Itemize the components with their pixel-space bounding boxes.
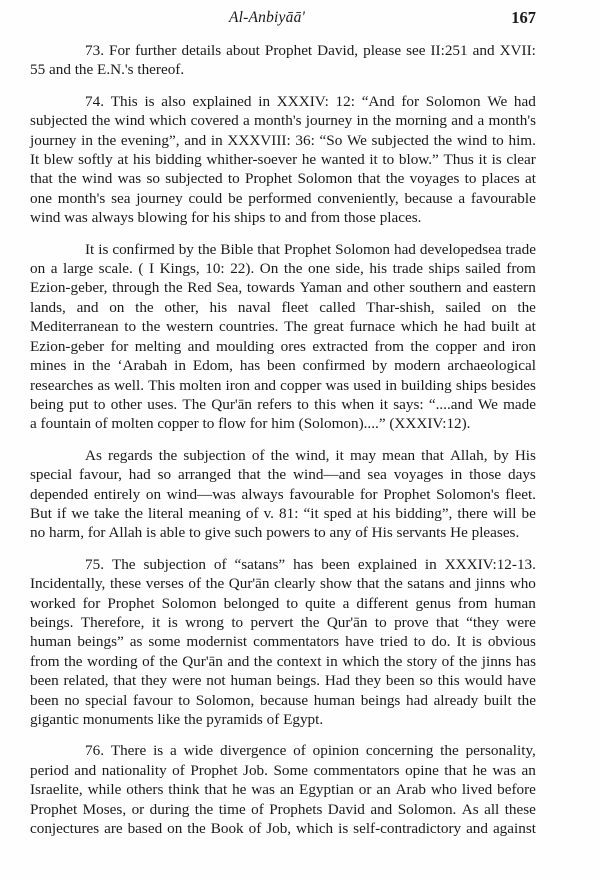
text-line: 76.Thereisawidedivergenceofopinionconcer… xyxy=(30,741,536,760)
text-line: Itblewsoftlyathisbiddingwhither-soeverhe… xyxy=(30,150,536,169)
text-line: no harm, for Allah is able to give such … xyxy=(30,523,536,542)
text-line: wind was always blowing for his ships to… xyxy=(30,208,536,227)
note-74-wind: Asregardsthesubjectionofthewind,itmaymea… xyxy=(30,446,536,543)
text-line: Israelite,whileothersthinkthathewasanEgy… xyxy=(30,780,536,799)
text-line: thatthewindwassosubjectedtoProphetSolomo… xyxy=(30,169,536,188)
text-line: humanbeings”assomemodernistcommentatorsh… xyxy=(30,632,536,651)
text-line: 75.Thesubjectionof“satans”hasbeenexplain… xyxy=(30,555,536,574)
text-line: conjecturesarebasedontheBookofJob,whichi… xyxy=(30,819,536,838)
text-line: beings.Therefore,itiswrongtoperverttheQu… xyxy=(30,613,536,632)
text-line: workedforProphetSolomonbelongedtoquitead… xyxy=(30,594,536,613)
note-74-bible: ItisconfirmedbytheBiblethatProphetSolomo… xyxy=(30,240,536,434)
text-line: specialfavour,hadsoarrangedthatthewind—a… xyxy=(30,465,536,484)
text-line: Butifwetaketheliteralmeaningofv.81:“itsp… xyxy=(30,504,536,523)
text-line: researchesaswell.Thismoltenironandcopper… xyxy=(30,376,536,395)
text-line: beenrelated,thattheywerenothumanbeings.H… xyxy=(30,671,536,690)
text-line: minesinthe‘ArabahinEdom,hasbeenconfirmed… xyxy=(30,356,536,375)
body-text: 73.ForfurtherdetailsaboutProphetDavid,pl… xyxy=(30,41,536,838)
chapter-title: Al-Anbiyāā' xyxy=(30,9,536,27)
text-line: periodandnationalityofProphetJob.Somecom… xyxy=(30,761,536,780)
text-line: a fountain of molten copper to flow for … xyxy=(30,414,536,433)
page-number: 167 xyxy=(511,8,536,28)
text-line: Asregardsthesubjectionofthewind,itmaymea… xyxy=(30,446,536,465)
text-line: journeyintheevening”,andinXXXVIII:36:“So… xyxy=(30,131,536,150)
text-line: Mediterraneantothewesterncountries.Thegr… xyxy=(30,317,536,336)
text-line: gigantic monuments like the pyramids of … xyxy=(30,710,536,729)
note-74: 74.ThisisalsoexplainedinXXXIV:12:“Andfor… xyxy=(30,92,536,228)
text-line: beingputtootheruses.TheQur'ānreferstothi… xyxy=(30,395,536,414)
note-75: 75.Thesubjectionof“satans”hasbeenexplain… xyxy=(30,555,536,730)
text-line: 74.ThisisalsoexplainedinXXXIV:12:“Andfor… xyxy=(30,92,536,111)
text-line: onalargescale.(IKings,10:22).Ontheonesid… xyxy=(30,259,536,278)
text-line: Incidentally,theseversesoftheQur'ānclear… xyxy=(30,574,536,593)
text-line: fromthewordingoftheQur'ānandthecontextin… xyxy=(30,652,536,671)
text-line: Ezion-geber,throughtheRedSea,towardsYama… xyxy=(30,278,536,297)
text-line: subjectedthewindwhichcoveredamonth'sjour… xyxy=(30,111,536,130)
text-line: beennospecialfavourtoSolomon,becausehuma… xyxy=(30,691,536,710)
note-76: 76.Thereisawidedivergenceofopinionconcer… xyxy=(30,741,536,838)
text-line: 55 and the E.N.'s thereof. xyxy=(30,60,536,79)
text-line: ProphetMoses,orduringthetimeofProphetsDa… xyxy=(30,800,536,819)
text-line: lands,andontheother,hisnavalfleetcalledT… xyxy=(30,298,536,317)
book-page: Al-Anbiyāā' 167 73.Forfurtherdetailsabou… xyxy=(0,0,600,880)
running-head: Al-Anbiyāā' 167 xyxy=(30,9,536,31)
text-line: onemonth'sseajourneycouldbeperformedconv… xyxy=(30,189,536,208)
text-line: Ezion-geberformeltingandmouldingoresextr… xyxy=(30,337,536,356)
text-line: ItisconfirmedbytheBiblethatProphetSolomo… xyxy=(30,240,536,259)
text-line: dependedentirelyonwind—wasalwaysfavourab… xyxy=(30,485,536,504)
text-line: 73.ForfurtherdetailsaboutProphetDavid,pl… xyxy=(30,41,536,60)
note-73: 73.ForfurtherdetailsaboutProphetDavid,pl… xyxy=(30,41,536,80)
